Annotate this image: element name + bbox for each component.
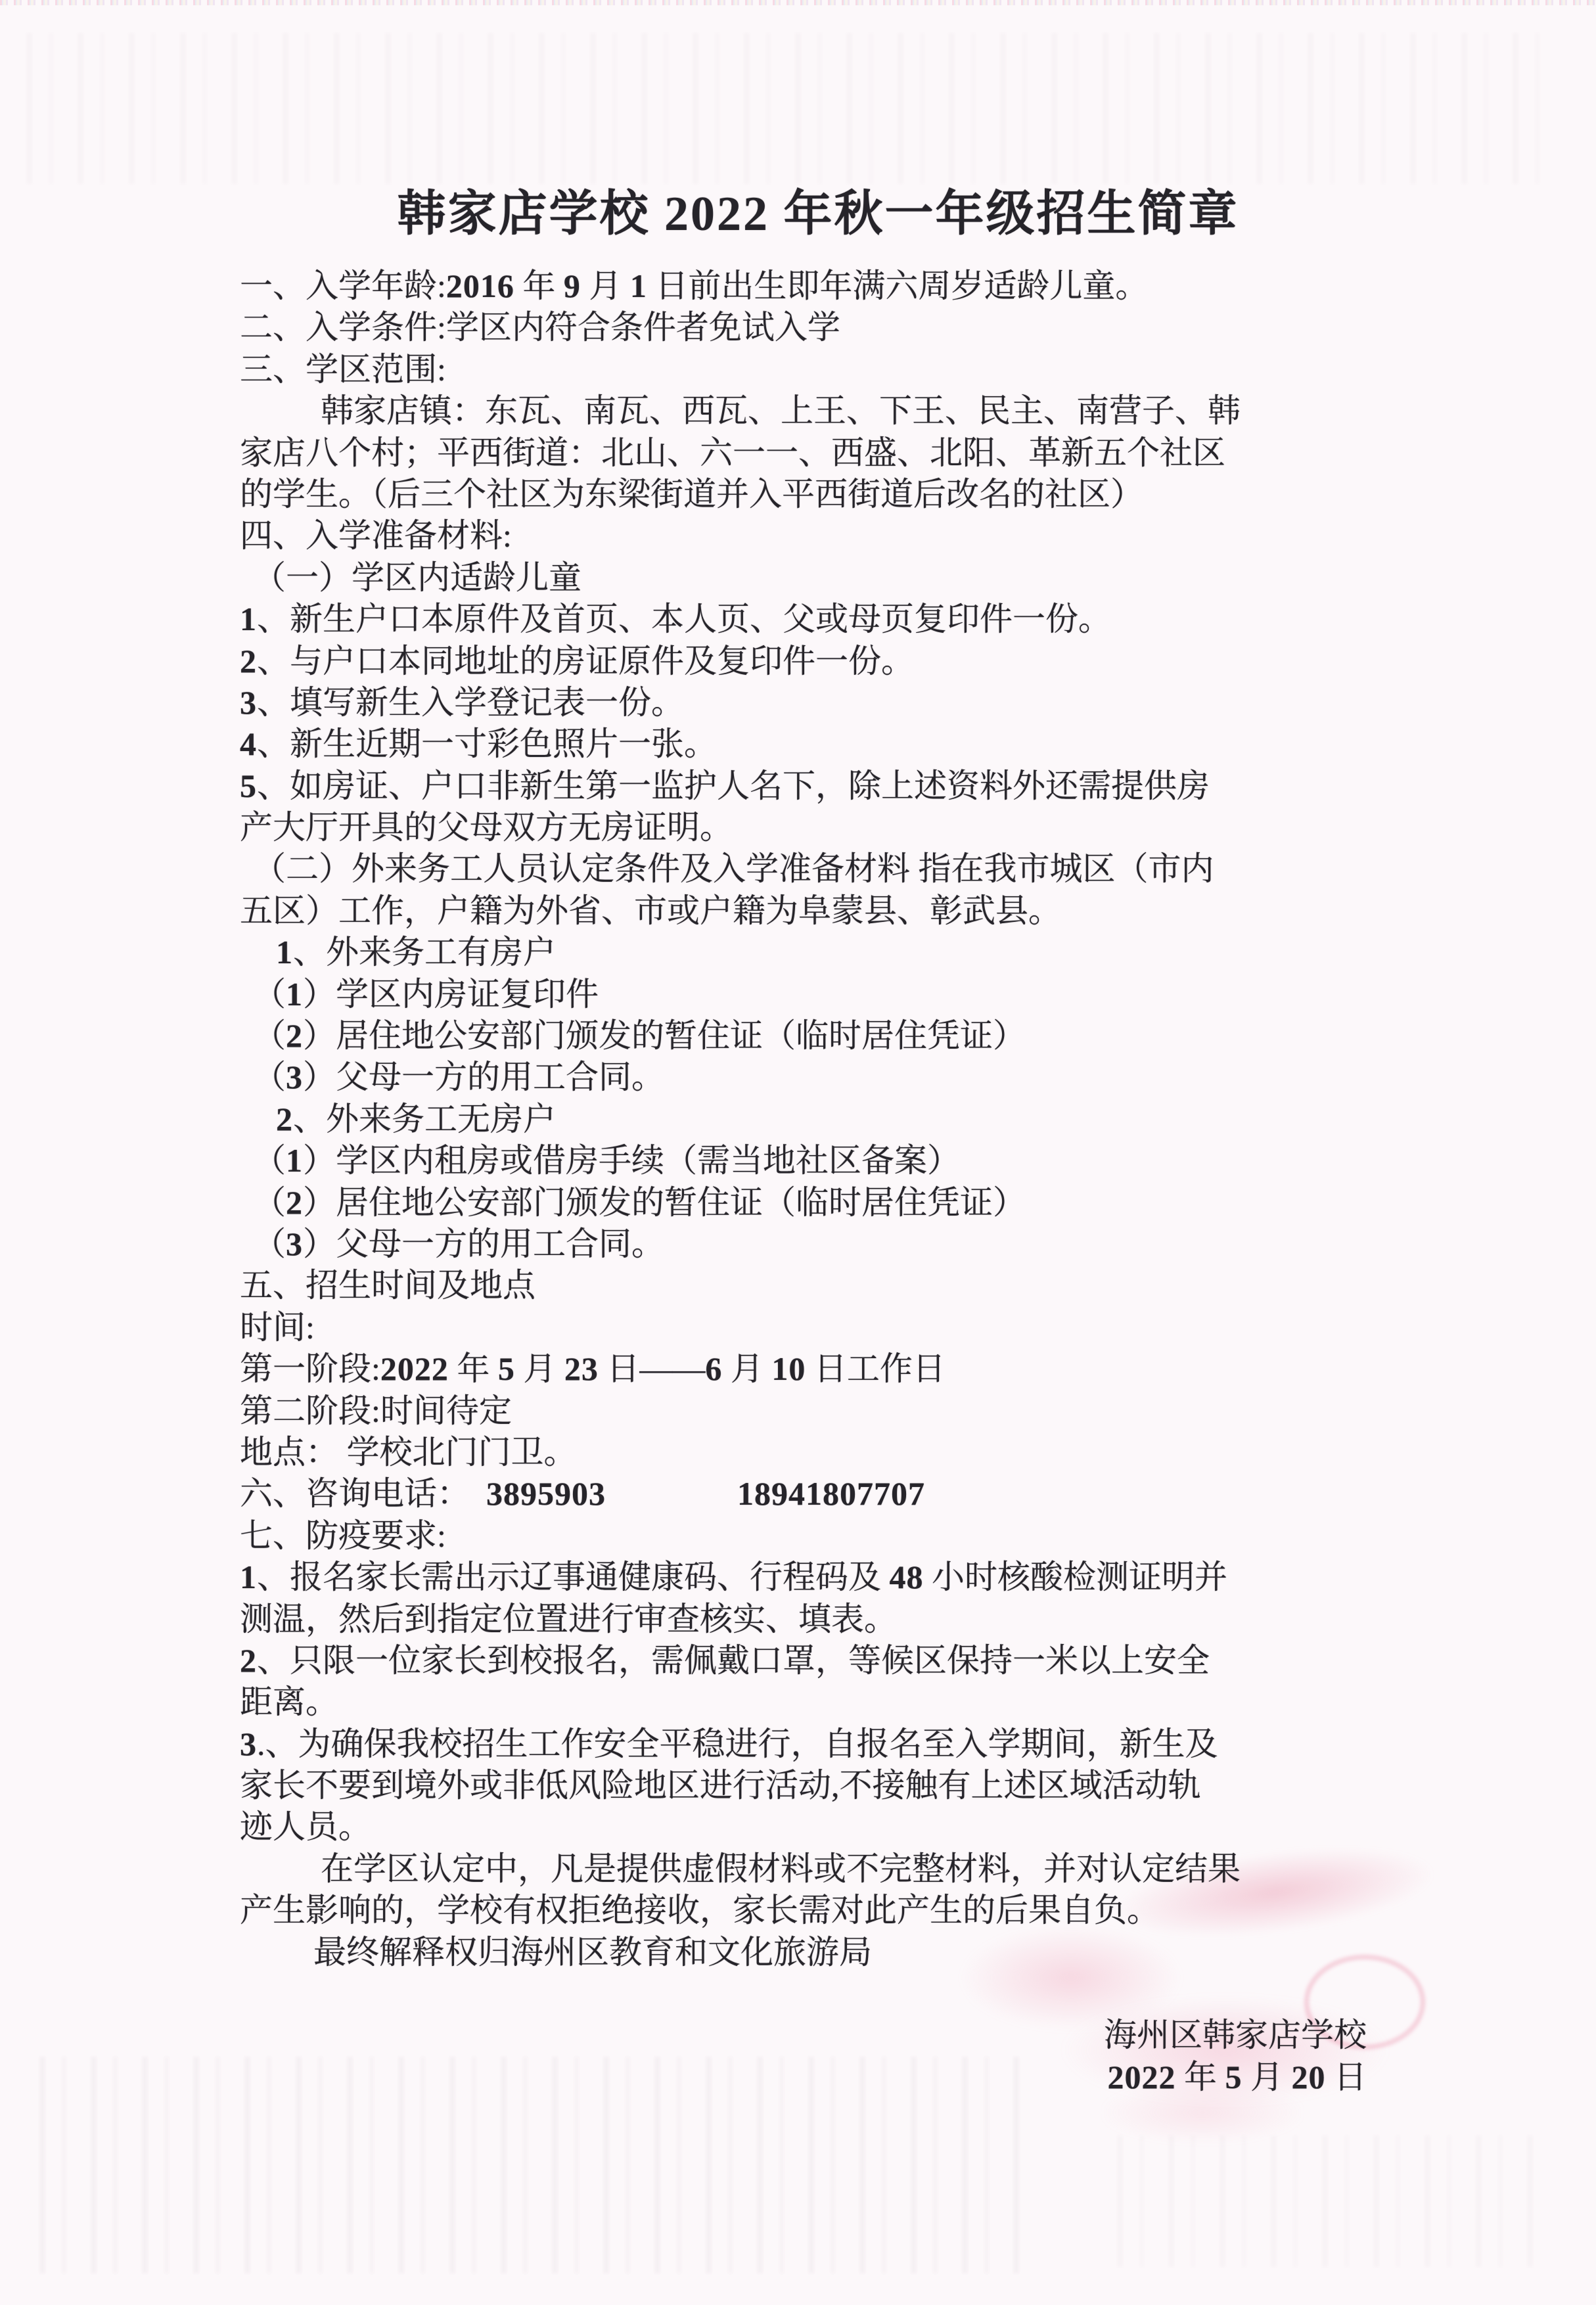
scan-noise-strip — [0, 0, 1596, 5]
text-line: 时间: — [240, 1307, 1396, 1348]
text-line: （1）学区内租房或借房手续（需当地社区备案） — [240, 1140, 1396, 1181]
text-line: 产生影响的，学校有权拒绝接收，家长需对此产生的后果自负。 — [240, 1890, 1396, 1931]
text-line: 1、报名家长需出示辽事通健康码、行程码及 48 小时核酸检测证明并 — [240, 1557, 1396, 1598]
text-line: 五、招生时间及地点 — [240, 1265, 1396, 1306]
scanned-page: 韩家店学校 2022 年秋一年级招生简章 一、入学年龄:2016 年 9 月 1… — [0, 0, 1596, 2305]
text-line: 的学生。（后三个社区为东梁街道并入平西街道后改名的社区） — [240, 474, 1396, 515]
text-line: 4、新生近期一寸彩色照片一张。 — [240, 723, 1396, 765]
bleed-through-ghost — [1117, 2135, 1544, 2267]
text-line: （2）居住地公安部门颁发的暂住证（临时居住凭证） — [240, 1182, 1396, 1223]
text-line: 产大厅开具的父母双方无房证明。 — [240, 807, 1396, 848]
text-line: 第一阶段:2022 年 5 月 23 日——6 月 10 日工作日 — [240, 1348, 1396, 1390]
text-line: 二、入学条件:学区内符合条件者免试入学 — [240, 307, 1396, 348]
text-line: 最终解释权归海州区教育和文化旅游局 — [240, 1932, 1396, 1973]
text-line: 1、外来务工有房户 — [240, 932, 1396, 973]
text-line: 五区）工作，户籍为外省、市或户籍为阜蒙县、彰武县。 — [240, 890, 1396, 932]
text-line: 2、外来务工无房户 — [240, 1099, 1396, 1140]
text-line: 地点： 学校北门门卫。 — [240, 1432, 1396, 1473]
text-line: 3、填写新生入学登记表一份。 — [240, 682, 1396, 723]
text-line: （2）居住地公安部门颁发的暂住证（临时居住凭证） — [240, 1015, 1396, 1057]
text-line: （二）外来务工人员认定条件及入学准备材料 指在我市城区（市内 — [240, 848, 1396, 890]
signature-school: 海州区韩家店学校 — [240, 2015, 1396, 2056]
signature-date: 2022 年 5 月 20 日 — [240, 2057, 1396, 2098]
text-line: 三、学区范围: — [240, 349, 1396, 390]
text-line: 家长不要到境外或非低风险地区进行活动,不接触有上述区域活动轨 — [240, 1765, 1396, 1806]
text-line: （3）父母一方的用工合同。 — [240, 1057, 1396, 1098]
text-line: 2、只限一位家长到校报名，需佩戴口罩，等候区保持一米以上安全 — [240, 1640, 1396, 1681]
text-line: 在学区认定中，凡是提供虚假材料或不完整材料，并对认定结果 — [240, 1848, 1396, 1890]
text-line: 第二阶段:时间待定 — [240, 1390, 1396, 1432]
text-line: 迹人员。 — [240, 1806, 1396, 1848]
text-line: （一）学区内适龄儿童 — [240, 557, 1396, 599]
document-title: 韩家店学校 2022 年秋一年级招生简章 — [240, 183, 1396, 246]
text-line: 四、入学准备材料: — [240, 515, 1396, 557]
blank-line — [240, 1973, 1396, 2015]
contact-phone-line: 六、咨询电话： 3895903 18941807707 — [240, 1473, 1396, 1515]
text-line: 2、与户口本同地址的房证原件及复印件一份。 — [240, 641, 1396, 682]
text-line: 1、新生户口本原件及首页、本人页、父或母页复印件一份。 — [240, 599, 1396, 640]
text-line: 5、如房证、户口非新生第一监护人名下，除上述资料外还需提供房 — [240, 765, 1396, 807]
text-line: 3.、为确保我校招生工作安全平稳进行，自报名至入学期间，新生及 — [240, 1723, 1396, 1765]
text-line: 一、入学年龄:2016 年 9 月 1 日前出生即年满六周岁适龄儿童。 — [240, 265, 1396, 307]
text-line: 韩家店镇：东瓦、南瓦、西瓦、上王、下王、民主、南营子、韩 — [240, 390, 1396, 432]
document: 韩家店学校 2022 年秋一年级招生简章 一、入学年龄:2016 年 9 月 1… — [240, 183, 1396, 2098]
text-line: 测温，然后到指定位置进行审查核实、填表。 — [240, 1599, 1396, 1640]
document-body: 一、入学年龄:2016 年 9 月 1 日前出生即年满六周岁适龄儿童。二、入学条… — [240, 265, 1396, 2098]
text-line: 七、防疫要求: — [240, 1515, 1396, 1557]
text-line: （3）父母一方的用工合同。 — [240, 1223, 1396, 1265]
text-line: 距离。 — [240, 1681, 1396, 1723]
text-line: （1）学区内房证复印件 — [240, 974, 1396, 1015]
text-line: 家店八个村；平西街道：北山、六一一、西盛、北阳、革新五个社区 — [240, 432, 1396, 474]
bleed-through-ghost — [26, 33, 1557, 184]
